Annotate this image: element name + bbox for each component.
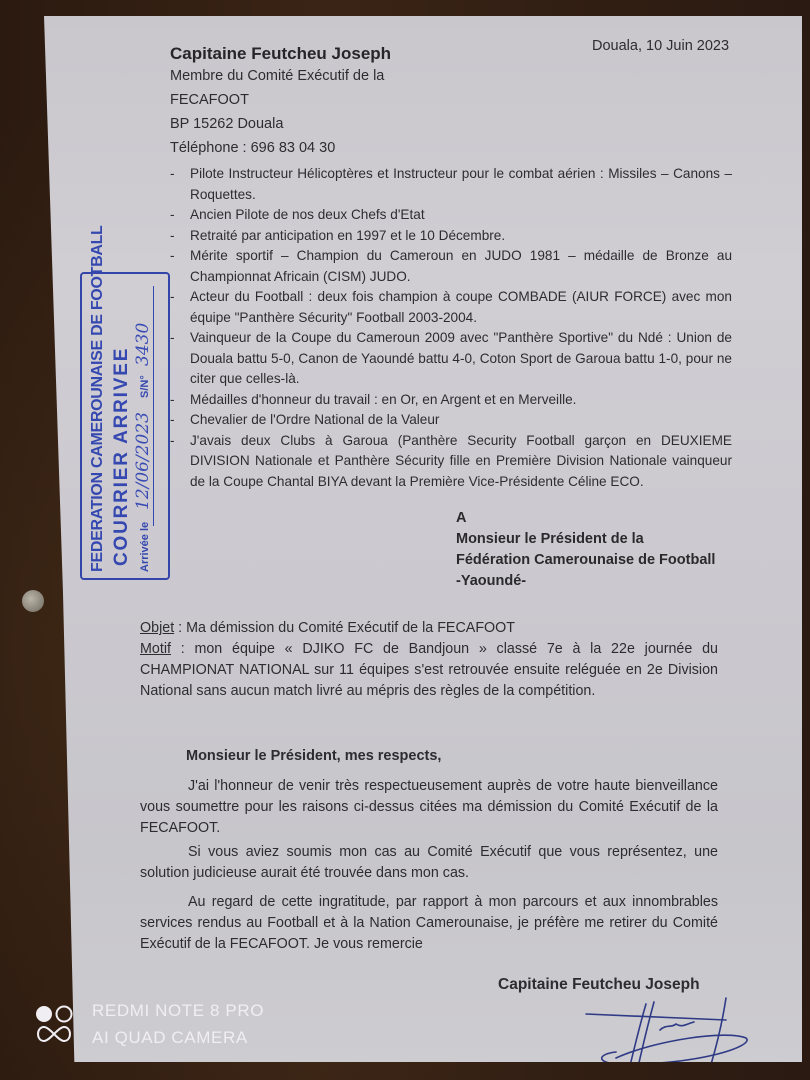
subject-block: Objet : Ma démission du Comité Exécutif … [140, 618, 718, 702]
place-and-date: Douala, 10 Juin 2023 [592, 38, 729, 54]
credential-item: -Acteur du Football : deux fois champion… [170, 287, 732, 328]
bullet-dash: - [170, 205, 175, 226]
objet-text: : Ma démission du Comité Exécutif de la … [174, 620, 515, 636]
body-paragraph: Au regard de cette ingratitude, par rapp… [140, 892, 718, 955]
stamp-date-underline [153, 286, 154, 526]
credential-item: -Pilote Instructeur Hélicoptères et Inst… [170, 164, 732, 205]
courrier-arrivee-stamp: FEDERATION CAMEROUNAISE DE FOOTBALL COUR… [80, 272, 170, 580]
body-paragraph: Si vous aviez soumis mon cas au Comité E… [140, 842, 718, 884]
bullet-dash: - [170, 431, 175, 452]
stamp-number: 3430 [133, 323, 153, 366]
bullet-dash: - [170, 390, 175, 411]
credential-item: -J'avais deux Clubs à Garoua (Panthère S… [170, 431, 732, 493]
bullet-dash: - [170, 328, 175, 349]
salutation: Monsieur le Président, mes respects, [186, 748, 441, 764]
credential-item: -Vainqueur de la Coupe du Cameroun 2009 … [170, 328, 732, 390]
stamp-number-label: S/N° [139, 375, 151, 398]
credentials-list: -Pilote Instructeur Hélicoptères et Inst… [170, 164, 732, 492]
bullet-dash: - [170, 246, 175, 267]
recipient-a: A [456, 508, 715, 529]
bullet-dash: - [170, 410, 175, 431]
credential-item: -Retraité par anticipation en 1997 et le… [170, 226, 732, 247]
objet-line: Objet : Ma démission du Comité Exécutif … [140, 618, 718, 639]
credential-item: -Médailles d'honneur du travail : en Or,… [170, 390, 732, 411]
bullet-dash: - [170, 164, 175, 185]
recipient-title: Monsieur le Président de la [456, 529, 715, 550]
sender-phone: Téléphone : 696 83 04 30 [170, 140, 335, 156]
stamp-arrival-label: Arrivée le [139, 522, 151, 572]
camera-feature: AI QUAD CAMERA [92, 1028, 248, 1048]
recipient-organization: Fédération Camerounaise de Football [456, 550, 715, 571]
sender-address: BP 15262 Douala [170, 116, 283, 132]
credential-item: -Chevalier de l'Ordre National de la Val… [170, 410, 732, 431]
stamp-federation-name: FEDERATION CAMEROUNAISE DE FOOTBALL [89, 225, 107, 572]
motif-label: Motif [140, 641, 171, 657]
credential-item: -Ancien Pilote de nos deux Chefs d'Etat [170, 205, 732, 226]
sender-title-line: Membre du Comité Exécutif de la [170, 68, 384, 84]
motif-line: Motif : mon équipe « DJIKO FC de Bandjou… [140, 639, 718, 702]
quad-camera-logo-icon [34, 1003, 76, 1045]
letter-page: Capitaine Feutcheu Joseph Membre du Comi… [44, 16, 802, 1062]
credential-item: -Mérite sportif – Champion du Cameroun e… [170, 246, 732, 287]
bullet-dash: - [170, 287, 175, 308]
stamp-arrival-date: 12/06/2023 [133, 412, 153, 510]
nail-head [22, 590, 44, 612]
motif-text: : mon équipe « DJIKO FC de Bandjoun » cl… [140, 641, 718, 699]
recipient-block: A Monsieur le Président de la Fédération… [456, 508, 715, 592]
closing-signatory-name: Capitaine Feutcheu Joseph [498, 976, 700, 994]
body-paragraph: J'ai l'honneur de venir très respectueus… [140, 776, 718, 839]
sender-name: Capitaine Feutcheu Joseph [170, 44, 391, 64]
recipient-city: -Yaoundé- [456, 571, 715, 592]
camera-model: REDMI NOTE 8 PRO [92, 1001, 264, 1021]
bullet-dash: - [170, 226, 175, 247]
stamp-title: COURRIER ARRIVEE [111, 347, 133, 566]
sender-organization: FECAFOOT [170, 92, 249, 108]
objet-label: Objet [140, 620, 174, 636]
